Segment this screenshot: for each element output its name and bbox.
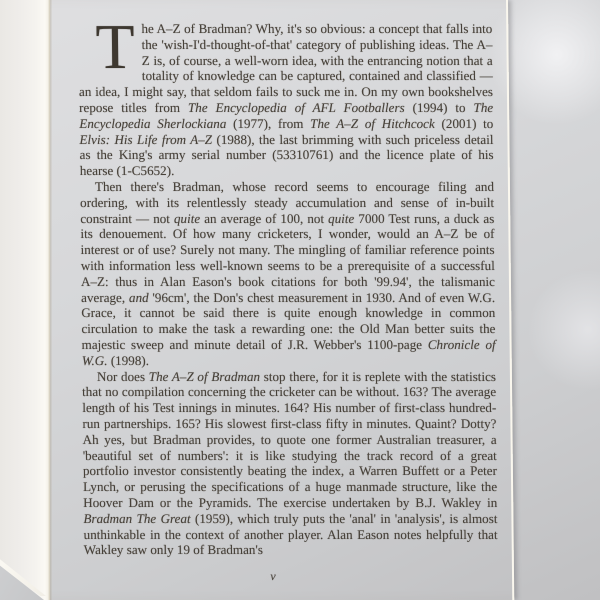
- gutter-crease: [48, 0, 52, 600]
- book-page: The A–Z of Bradman? Why, it's so obvious…: [0, 0, 514, 600]
- paragraph-opening-text: he A–Z of Bradman? Why, it's so obvious:…: [79, 21, 494, 178]
- paragraph-3: Nor does The A–Z of Bradman stop there, …: [82, 369, 498, 559]
- left-page-edge: [0, 0, 50, 600]
- page-text-block: The A–Z of Bradman? Why, it's so obvious…: [78, 21, 498, 558]
- drop-cap: T: [95, 24, 135, 70]
- page-number: v: [66, 569, 480, 584]
- photo-background: The A–Z of Bradman? Why, it's so obvious…: [0, 0, 600, 600]
- paragraph-opening: The A–Z of Bradman? Why, it's so obvious…: [78, 21, 494, 179]
- paragraph-2: Then there's Bradman, whose record seems…: [80, 179, 496, 369]
